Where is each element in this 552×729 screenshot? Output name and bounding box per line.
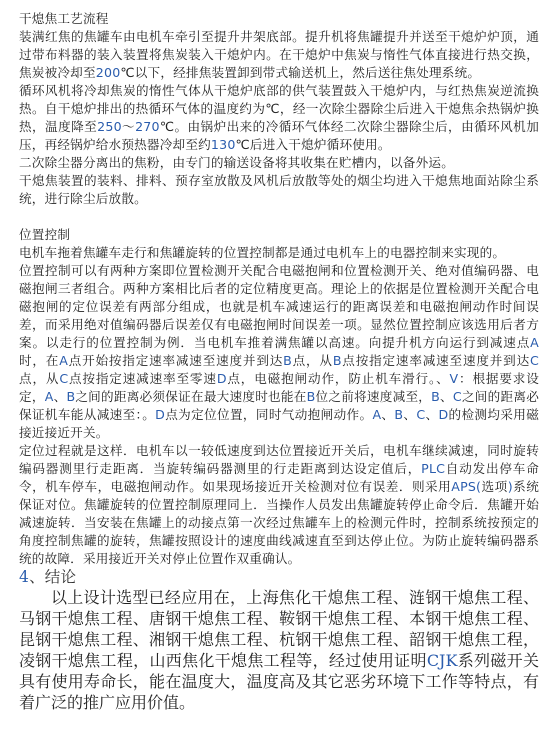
latin-text: B bbox=[333, 353, 342, 368]
latin-text: 4 bbox=[19, 568, 29, 586]
latin-text: C bbox=[416, 407, 425, 422]
latin-text: B bbox=[307, 389, 316, 404]
paragraph: 电机车拖着焦罐车走行和焦罐旋转的位置控制都是通过电机车上的电器控制来实现的。 bbox=[19, 244, 539, 262]
paragraph: 干熄焦装置的装料、排料、预存室放散及风机后放散等处的烟尘均进入干熄焦地面站除尘系… bbox=[19, 172, 539, 208]
latin-text: C bbox=[530, 353, 539, 368]
latin-text: D bbox=[438, 407, 448, 422]
paragraph: 定位过程就是这样．电机车以一较低速度到达位置接近开关后，电机车继续减速，同时旋转… bbox=[19, 442, 539, 568]
paragraph: 位置控制可以有两种方案即位置检测开关配合电磁抱闸和位置检测开关、绝对值编码器、电… bbox=[19, 262, 539, 442]
paragraph: 循环风机将冷却焦炭的惰性气体从干熄炉底部的供气装置鼓入干熄炉内，与红热焦炭逆流换… bbox=[19, 82, 539, 154]
latin-text: PLC bbox=[421, 461, 445, 476]
latin-text: A bbox=[372, 407, 381, 422]
latin-text: A bbox=[59, 353, 68, 368]
latin-text: 130 bbox=[211, 137, 236, 152]
latin-text: A bbox=[530, 335, 539, 350]
paragraph: 装满红焦的焦罐车由电机车牵引至提升井架底部。提升机将焦罐提升并送至干熄炉炉顶，通… bbox=[19, 28, 539, 82]
spacer bbox=[19, 208, 539, 226]
section-title-position-control: 位置控制 bbox=[19, 226, 539, 244]
latin-text: C bbox=[59, 371, 68, 386]
latin-text: 250 bbox=[97, 119, 122, 134]
conclusion-paragraph: 以上设计选型已经应用在，上海焦化干熄焦工程、涟钢干熄焦工程、马钢干熄焦工程、唐钢… bbox=[19, 587, 539, 713]
latin-text: B bbox=[394, 407, 403, 422]
latin-text: CJK bbox=[427, 651, 458, 670]
latin-text: D bbox=[217, 371, 227, 386]
document-body: 干熄焦工艺流程 装满红焦的焦罐车由电机车牵引至提升井架底部。提升机将焦罐提升并送… bbox=[19, 10, 539, 713]
latin-text: B bbox=[431, 389, 440, 404]
latin-text: C bbox=[453, 389, 462, 404]
latin-text: D bbox=[155, 407, 165, 422]
latin-text: 200 bbox=[96, 65, 121, 80]
section-title-coke-process: 干熄焦工艺流程 bbox=[19, 10, 539, 28]
latin-text: APS( bbox=[451, 479, 481, 494]
latin-text: ) bbox=[508, 479, 513, 494]
latin-text: B bbox=[283, 353, 292, 368]
section-title-conclusion: 4、结论 bbox=[19, 568, 539, 587]
latin-text: B bbox=[66, 389, 75, 404]
latin-text: 270 bbox=[135, 119, 160, 134]
paragraph: 二次除尘器分离出的焦粉，由专门的输送设备将其收集在贮槽内，以备外运。 bbox=[19, 154, 539, 172]
latin-text: V bbox=[450, 371, 459, 386]
latin-text: A bbox=[45, 389, 54, 404]
